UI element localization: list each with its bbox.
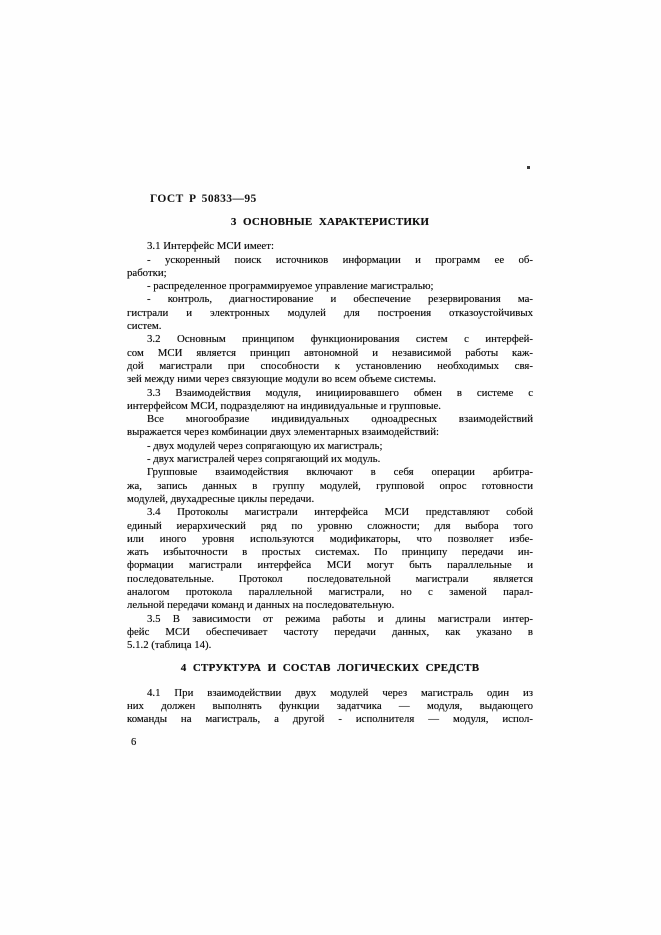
text-line: - контроль, диагностирование и обеспечен… xyxy=(127,293,533,306)
text-line: жа, запись данных в группу модулей, груп… xyxy=(127,480,533,493)
text-line: аналогом протокола параллельной магистра… xyxy=(127,586,533,599)
paragraph: - распределенное программируемое управле… xyxy=(127,280,533,293)
paragraph: 3.1 Интерфейс МСИ имеет: xyxy=(127,240,533,253)
text-line: зей между ними через связующие модули во… xyxy=(127,373,533,386)
paragraph: Групповые взаимодействия включают в себя… xyxy=(127,466,533,506)
paragraph: 4.1 При взаимодействии двух модулей чере… xyxy=(127,687,533,727)
text-line: 3.2 Основным принципом функционирования … xyxy=(127,333,533,346)
paragraph: 3.5 В зависимости от режима работы и дли… xyxy=(127,613,533,653)
paragraph: - двух магистралей через сопрягающий их … xyxy=(127,453,533,466)
text-line: 4.1 При взаимодействии двух модулей чере… xyxy=(127,687,533,700)
text-line: или иного уровня используются модификато… xyxy=(127,533,533,546)
text-line: Групповые взаимодействия включают в себя… xyxy=(127,466,533,479)
text-line: Все многообразие индивидуальных одноадре… xyxy=(127,413,533,426)
document-page: ГОСТ Р 50833—95 3 ОСНОВНЫЕ ХАРАКТЕРИСТИК… xyxy=(0,0,661,935)
text-line: 3.5 В зависимости от режима работы и дли… xyxy=(127,613,533,626)
page-number: 6 xyxy=(131,737,136,748)
paragraph: 3.2 Основным принципом функционирования … xyxy=(127,333,533,386)
document-body: 3 ОСНОВНЫЕ ХАРАКТЕРИСТИКИ3.1 Интерфейс М… xyxy=(127,216,533,727)
section-heading: 3 ОСНОВНЫЕ ХАРАКТЕРИСТИКИ xyxy=(127,216,533,229)
text-line: систем. xyxy=(127,320,533,333)
text-line: интерфейсом МСИ, подразделяют на индивид… xyxy=(127,400,533,413)
scan-speck xyxy=(527,166,530,169)
text-line: - двух магистралей через сопрягающий их … xyxy=(127,453,533,466)
text-line: фейс МСИ обеспечивает частоту передачи д… xyxy=(127,626,533,639)
text-line: работки; xyxy=(127,267,533,280)
paragraph: - контроль, диагностирование и обеспечен… xyxy=(127,293,533,333)
text-line: дой магистрали при способности к установ… xyxy=(127,360,533,373)
text-line: жать избыточности в простых системах. По… xyxy=(127,546,533,559)
text-line: 3.4 Протоколы магистрали интерфейса МСИ … xyxy=(127,506,533,519)
text-line: модулей, двухадресные циклы передачи. xyxy=(127,493,533,506)
text-line: сом МСИ является принцип автономной и не… xyxy=(127,347,533,360)
paragraph: Все многообразие индивидуальных одноадре… xyxy=(127,413,533,440)
text-line: лельной передачи команд и данных на посл… xyxy=(127,599,533,612)
paragraph: 3.3 Взаимодействия модуля, инициировавше… xyxy=(127,387,533,414)
text-line: гистрали и электронных модулей для постр… xyxy=(127,307,533,320)
text-line: выражается через комбинации двух элемент… xyxy=(127,426,533,439)
text-line: 3.3 Взаимодействия модуля, инициировавше… xyxy=(127,387,533,400)
running-header: ГОСТ Р 50833—95 xyxy=(150,193,257,205)
text-line: команды на магистраль, а другой - исполн… xyxy=(127,713,533,726)
text-line: 5.1.2 (таблица 14). xyxy=(127,639,533,652)
text-line: - двух модулей через сопрягающую их маги… xyxy=(127,440,533,453)
paragraph: 3.4 Протоколы магистрали интерфейса МСИ … xyxy=(127,506,533,612)
text-line: - распределенное программируемое управле… xyxy=(127,280,533,293)
text-line: 3.1 Интерфейс МСИ имеет: xyxy=(127,240,533,253)
text-line: формации магистрали интерфейса МСИ могут… xyxy=(127,559,533,572)
text-line: единый иерархический ряд по уровню сложн… xyxy=(127,520,533,533)
text-line: - ускоренный поиск источников информации… xyxy=(127,254,533,267)
paragraph: - ускоренный поиск источников информации… xyxy=(127,254,533,281)
text-line: них должен выполнять функции задатчика —… xyxy=(127,700,533,713)
paragraph: - двух модулей через сопрягающую их маги… xyxy=(127,440,533,453)
text-line: последовательные. Протокол последователь… xyxy=(127,573,533,586)
section-heading: 4 СТРУКТУРА И СОСТАВ ЛОГИЧЕСКИХ СРЕДСТВ xyxy=(127,662,533,675)
